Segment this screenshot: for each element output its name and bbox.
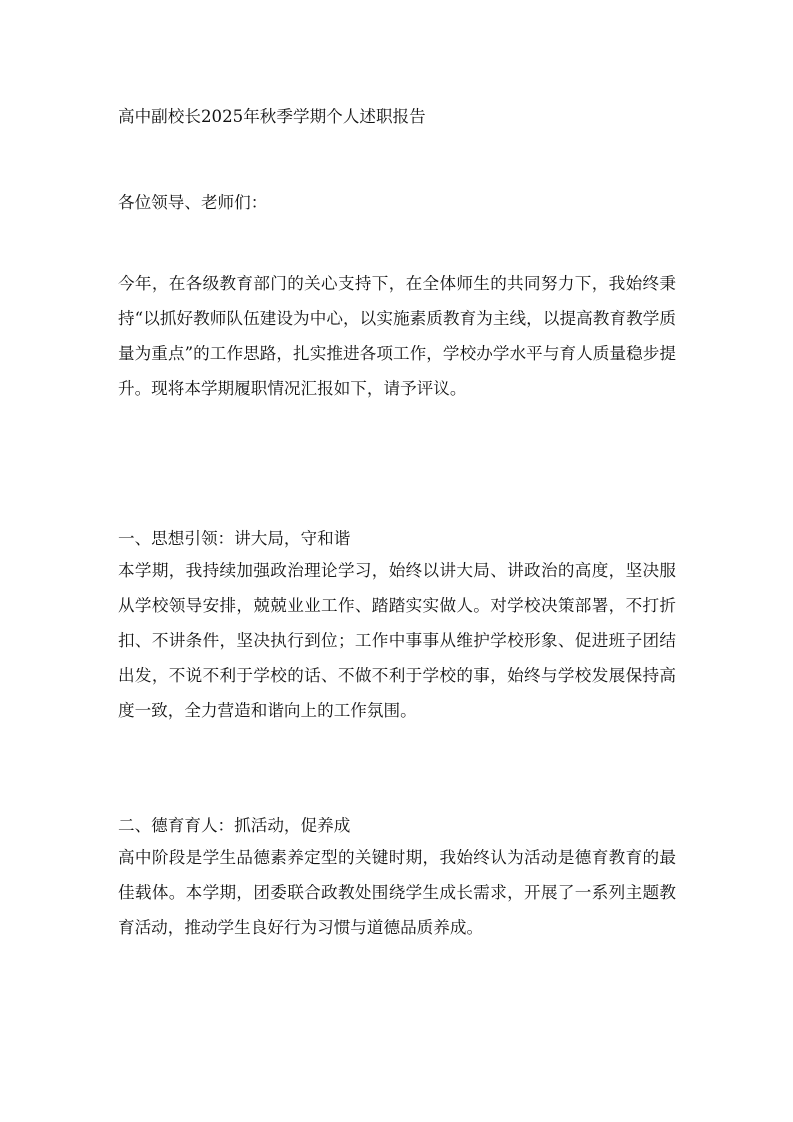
document-title: 高中副校长2025年秋季学期个人述职报告 [118,107,426,127]
section-1-body: 本学期，我持续加强政治理论学习，始终以讲大局、讲政治的高度，坚决服从学校领导安排… [118,553,676,728]
salutation: 各位领导、老师们： [118,193,267,213]
section-2-heading: 二、德育育人：抓活动，促养成 [118,816,350,836]
section-2-body: 高中阶段是学生品德素养定型的关键时期，我始终认为活动是德育教育的最佳载体。本学期… [118,840,676,945]
section-1-heading: 一、思想引领：讲大局，守和谐 [118,529,350,549]
intro-paragraph: 今年，在各级教育部门的关心支持下，在全体师生的共同努力下，我始终秉持“以抓好教师… [118,266,676,406]
